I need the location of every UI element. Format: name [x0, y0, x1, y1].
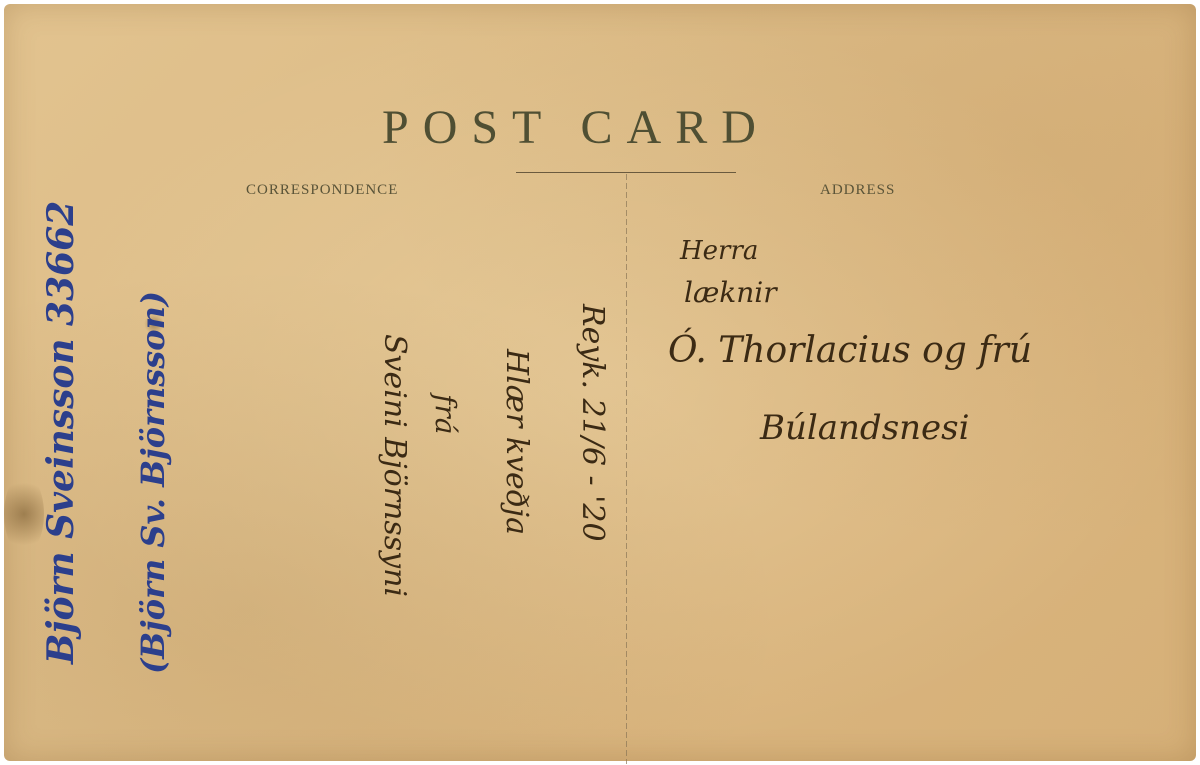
divider-vertical	[626, 174, 627, 764]
correspondence-heading: CORRESPONDENCE	[246, 182, 398, 199]
correspondence-from: frá	[429, 394, 462, 434]
address-heading: ADDRESS	[820, 182, 895, 199]
address-line-3: Ó. Thorlacius og frú	[668, 330, 1032, 371]
address-line-4: Búlandsnesi	[760, 408, 969, 448]
correspondence-signature: Sveini Björnssyni	[377, 334, 412, 597]
stain	[4, 474, 44, 554]
postcard-title: POST CARD	[382, 100, 770, 155]
correspondence-date: Reyk. 21/6 - '20	[575, 304, 610, 542]
address-line-2: læknir	[684, 276, 777, 309]
divider-horizontal	[516, 172, 736, 173]
postcard-back: POST CARD CORRESPONDENCE ADDRESS Björn S…	[4, 4, 1196, 761]
correspondence-greeting: Hlær kveðja	[499, 349, 534, 535]
margin-note-name: Björn Sveinsson 33662	[40, 201, 82, 664]
address-line-1: Herra	[680, 236, 758, 266]
margin-note-alias: (Björn Sv. Björnsson)	[134, 291, 172, 674]
